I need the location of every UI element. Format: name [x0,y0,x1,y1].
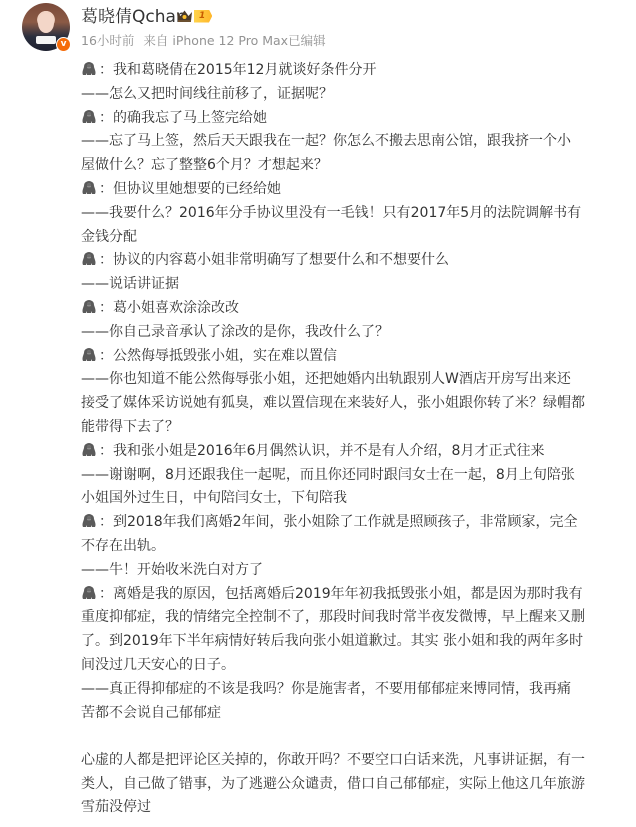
line-text: 接受了媒体采访说她有狐臭，难以置信现在来装好人，张小姐跟你转了米？绿帽都 [81,395,585,411]
line-text: ——说话讲证据 [81,276,179,292]
continuation-line: 间没过几天安心的日子。 [81,654,626,678]
line-text: ——你也知道不能公然侮辱张小姐，还把她婚内出轨跟别人W酒店开房写出来还 [81,371,571,387]
line-text: 重度抑郁症，我的情绪完全控制不了，那段时间我时常半夜发微博，早上醒来又删 [81,609,585,625]
line-text: ：但协议里她想要的已经给她 [99,181,281,197]
continuation-line: 接受了媒体采访说她有狐臭，难以置信现在来装好人，张小姐跟你转了米？绿帽都 [81,392,626,416]
continuation-line: 苦都不会说自己郁郁症 [81,702,626,726]
quoted-statement: ：公然侮辱抵毁张小姐，实在难以置信 [81,345,626,369]
vip-badge[interactable]: 1 [176,8,212,24]
gorilla-icon [81,442,97,458]
line-text: ：我和葛晓倩在2015年12月就谈好条件分开 [99,62,376,78]
continuation-line: 能带得下去了？ [81,416,626,440]
quoted-statement: ：我和张小姐是2016年6月偶然认识，并不是有人介绍，8月才正式往来 [81,440,626,464]
reply-line: ——说话讲证据 [81,273,626,297]
crown-icon [176,9,193,23]
quoted-statement: ：葛小姐喜欢涂涂改改 [81,297,626,321]
closing-line: 雪茄没停过 [81,796,626,820]
line-text: 苦都不会说自己郁郁症 [81,705,221,721]
line-text: ——怎么又把时间线往前移了，证据呢？ [81,86,333,102]
line-text: 屋做什么？忘了整整6个月？才想起来？ [81,157,328,173]
gorilla-icon [81,585,97,601]
line-text: 间没过几天安心的日子。 [81,657,235,673]
gorilla-icon [81,347,97,363]
continuation-line: 重度抑郁症，我的情绪完全控制不了，那段时间我时常半夜发微博，早上醒来又删 [81,606,626,630]
line-text: ：葛小姐喜欢涂涂改改 [99,300,239,316]
line-text: ——牛！开始收米洗白对方了 [81,562,263,578]
line-text: 了。到2019年下半年病情好转后我向张小姐道歉过。其实 张小姐和我的两年多时 [81,633,583,649]
continuation-line: 不存在出轨。 [81,535,626,559]
gorilla-icon [81,180,97,196]
reply-line: ——你自己录音承认了涂改的是你，我改什么了？ [81,321,626,345]
line-text: 金钱分配 [81,229,137,245]
line-text: ——你自己录音承认了涂改的是你，我改什么了？ [81,324,389,340]
gorilla-icon [81,513,97,529]
gorilla-icon [81,251,97,267]
gorilla-icon [81,61,97,77]
gorilla-icon [81,299,97,315]
paragraph-spacer [81,725,626,749]
quoted-statement: ：协议的内容葛小姐非常明确写了想要什么和不想要什么 [81,249,626,273]
post-header: v 葛晓倩Qchan 1 16小时前 来自 iPhone 12 Pro Max已… [0,0,636,58]
quoted-statement: ：但协议里她想要的已经给她 [81,178,626,202]
post-body: ：我和葛晓倩在2015年12月就谈好条件分开——怎么又把时间线往前移了，证据呢？… [81,59,626,820]
closing-line: 类人，自己做了错事，为了逃避公众谴责，借口自己郁郁症，实际上他这几年旅游 [81,773,626,797]
line-text: ：离婚是我的原因，包括离婚后2019年年初我抵毁张小姐，都是因为那时我有 [99,586,583,602]
vip-level: 1 [194,10,212,23]
line-text: ——我要什么？2016年分手协议里没有一毛钱！只有2017年5月的法院调解书有 [81,205,581,221]
reply-line: ——真正得抑郁症的不该是我吗？你是施害者，不要用郁郁症来博同情，我再痛 [81,678,626,702]
author-name[interactable]: 葛晓倩Qchan [81,6,187,28]
line-text: ：公然侮辱抵毁张小姐，实在难以置信 [99,348,337,364]
continuation-line: 了。到2019年下半年病情好转后我向张小姐道歉过。其实 张小姐和我的两年多时 [81,630,626,654]
verified-badge-icon: v [56,37,71,52]
line-text: ：到2018年我们离婚2年间，张小姐除了工作就是照顾孩子，非常顾家，完全 [99,514,578,530]
reply-line: ——谢谢啊，8月还跟我住一起呢，而且你还同时跟闫女士在一起，8月上旬陪张 [81,464,626,488]
reply-line: ——你也知道不能公然侮辱张小姐，还把她婚内出轨跟别人W酒店开房写出来还 [81,368,626,392]
line-text: ——谢谢啊，8月还跟我住一起呢，而且你还同时跟闫女士在一起，8月上旬陪张 [81,467,575,483]
avatar-face [38,13,54,33]
quoted-statement: ：离婚是我的原因，包括离婚后2019年年初我抵毁张小姐，都是因为那时我有 [81,583,626,607]
line-text: 能带得下去了？ [81,419,179,435]
line-text: ：协议的内容葛小姐非常明确写了想要什么和不想要什么 [99,252,449,268]
closing-line: 心虚的人都是把评论区关掉的，你敢开吗？不要空口白话来洗，凡事讲证据，有一 [81,749,626,773]
post-time[interactable]: 16小时前 [81,33,134,48]
closing-paragraph: 心虚的人都是把评论区关掉的，你敢开吗？不要空口白话来洗，凡事讲证据，有一类人，自… [81,749,626,820]
post-meta: 16小时前 来自 iPhone 12 Pro Max已编辑 [81,33,331,49]
gorilla-icon [81,109,97,125]
continuation-line: 金钱分配 [81,226,626,250]
avatar-collar [36,36,56,44]
quoted-statement: ：到2018年我们离婚2年间，张小姐除了工作就是照顾孩子，非常顾家，完全 [81,511,626,535]
reply-line: ——牛！开始收米洗白对方了 [81,559,626,583]
continuation-line: 小姐国外过生日，中旬陪闫女士，下旬陪我 [81,487,626,511]
edited-label[interactable]: 已编辑 [288,33,326,48]
line-text: 不存在出轨。 [81,538,165,554]
line-text: ：的确我忘了马上签完给她 [99,110,267,126]
line-text: ：我和张小姐是2016年6月偶然认识，并不是有人介绍，8月才正式往来 [99,443,544,459]
line-text: 小姐国外过生日，中旬陪闫女士，下旬陪我 [81,490,347,506]
quoted-statement: ：我和葛晓倩在2015年12月就谈好条件分开 [81,59,626,83]
reply-line: ——怎么又把时间线往前移了，证据呢？ [81,83,626,107]
quoted-statement: ：的确我忘了马上签完给她 [81,107,626,131]
line-text: ——忘了马上签，然后天天跟我在一起？你怎么不搬去思南公馆，跟我挤一个小 [81,133,571,149]
post-source: 来自 iPhone 12 Pro Max [143,33,288,48]
line-text: ——真正得抑郁症的不该是我吗？你是施害者，不要用郁郁症来博同情，我再痛 [81,681,571,697]
continuation-line: 屋做什么？忘了整整6个月？才想起来？ [81,154,626,178]
reply-line: ——我要什么？2016年分手协议里没有一毛钱！只有2017年5月的法院调解书有 [81,202,626,226]
reply-line: ——忘了马上签，然后天天跟我在一起？你怎么不搬去思南公馆，跟我挤一个小 [81,130,626,154]
